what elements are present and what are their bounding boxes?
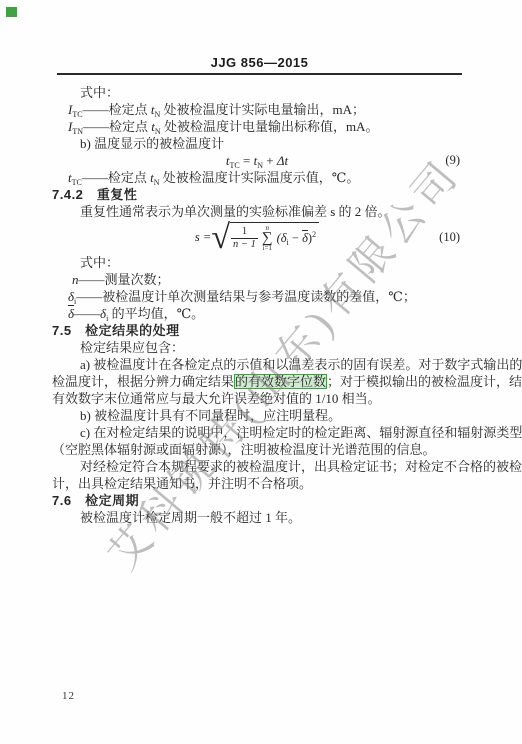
definition-n: n——测量次数； xyxy=(52,271,462,288)
where-label-1: 式中： xyxy=(52,84,462,101)
item-a-line2: 检温度计，根据分辨力确定结果的有效数字位数；对于模拟输出的被检温度计，结果的 xyxy=(52,373,462,390)
result-intro: 检定结果应包含： xyxy=(52,339,462,356)
certificate-line1: 对经检定符合本规程要求的被检温度计，出具检定证书；对检定不合格的被检温度 xyxy=(52,458,462,475)
document-page: JJG 856—2015 式中： ITC——检定点 tN 处被检温度计实际电量输… xyxy=(0,0,522,744)
summation-sign: n ∑ i=1 xyxy=(262,225,273,252)
item-b-title: b) 温度显示的被检温度计 xyxy=(52,135,462,152)
definition-itc: ITC——检定点 tN 处被检温度计实际电量输出，mA； xyxy=(52,101,462,118)
formula-10: s = √ 1 n − 1 n ∑ i=1 (δi − δ)2 (10) xyxy=(52,220,462,254)
definition-itn: ITN——检定点 tN 处被检温度计电量输出标称值，mA。 xyxy=(52,118,462,135)
repeatability-intro: 重复性通常表示为单次测量的实验标准偏差 s 的 2 倍。 xyxy=(52,203,462,220)
green-corner-mark xyxy=(6,7,17,17)
item-c-line1: c) 在对检定结果的说明中，注明检定时的检定距离、辐射源直径和辐射源类型 xyxy=(52,424,462,441)
definition-ttc: tTC——检定点 tN 处被检温度计实际温度示值，℃。 xyxy=(52,169,462,186)
certificate-line2: 计，出具检定结果通知书，并注明不合格项。 xyxy=(52,475,462,492)
definition-delta-i: δi——被检温度计单次测量结果与参考温度读数的差值，℃； xyxy=(52,288,462,305)
document-body: 式中： ITC——检定点 tN 处被检温度计实际电量输出，mA； ITN——检定… xyxy=(52,84,462,526)
section-heading-76: 7.6 检定周期 xyxy=(52,492,462,509)
section-heading-75: 7.5 检定结果的处理 xyxy=(52,322,462,339)
where-label-2: 式中： xyxy=(52,254,462,271)
item-a-line3: 有效数字末位通常应与最大允许误差绝对值的 1/10 相当。 xyxy=(52,390,462,407)
header-rule xyxy=(57,73,462,75)
equation-number-9: (9) xyxy=(445,152,460,169)
item-c-line2: （空腔黑体辐射源或面辐射源），注明被检温度计光谱范围的信息。 xyxy=(52,441,462,458)
item-a-line1: a) 被检温度计在各检定点的示值和以温差表示的固有误差。对于数字式输出的被 xyxy=(52,356,462,373)
fraction: 1 n − 1 xyxy=(231,226,258,251)
formula-9: tTC = tN + Δt (9) xyxy=(52,152,462,169)
page-number: 12 xyxy=(62,690,75,702)
section-heading-742: 7.4.2 重复性 xyxy=(52,186,462,203)
green-highlighted-text: 的有效数字位数 xyxy=(234,374,327,389)
definition-delta-bar: δ——δi 的平均值，℃。 xyxy=(52,305,462,322)
standard-number: JJG 856—2015 xyxy=(57,55,462,70)
verification-period-line: 被检温度计检定周期一般不超过 1 年。 xyxy=(52,509,462,526)
item-b-line: b) 被检温度计具有不同量程时，应注明量程。 xyxy=(52,407,462,424)
radical-sign: √ xyxy=(211,223,230,253)
equation-number-10: (10) xyxy=(439,220,460,254)
